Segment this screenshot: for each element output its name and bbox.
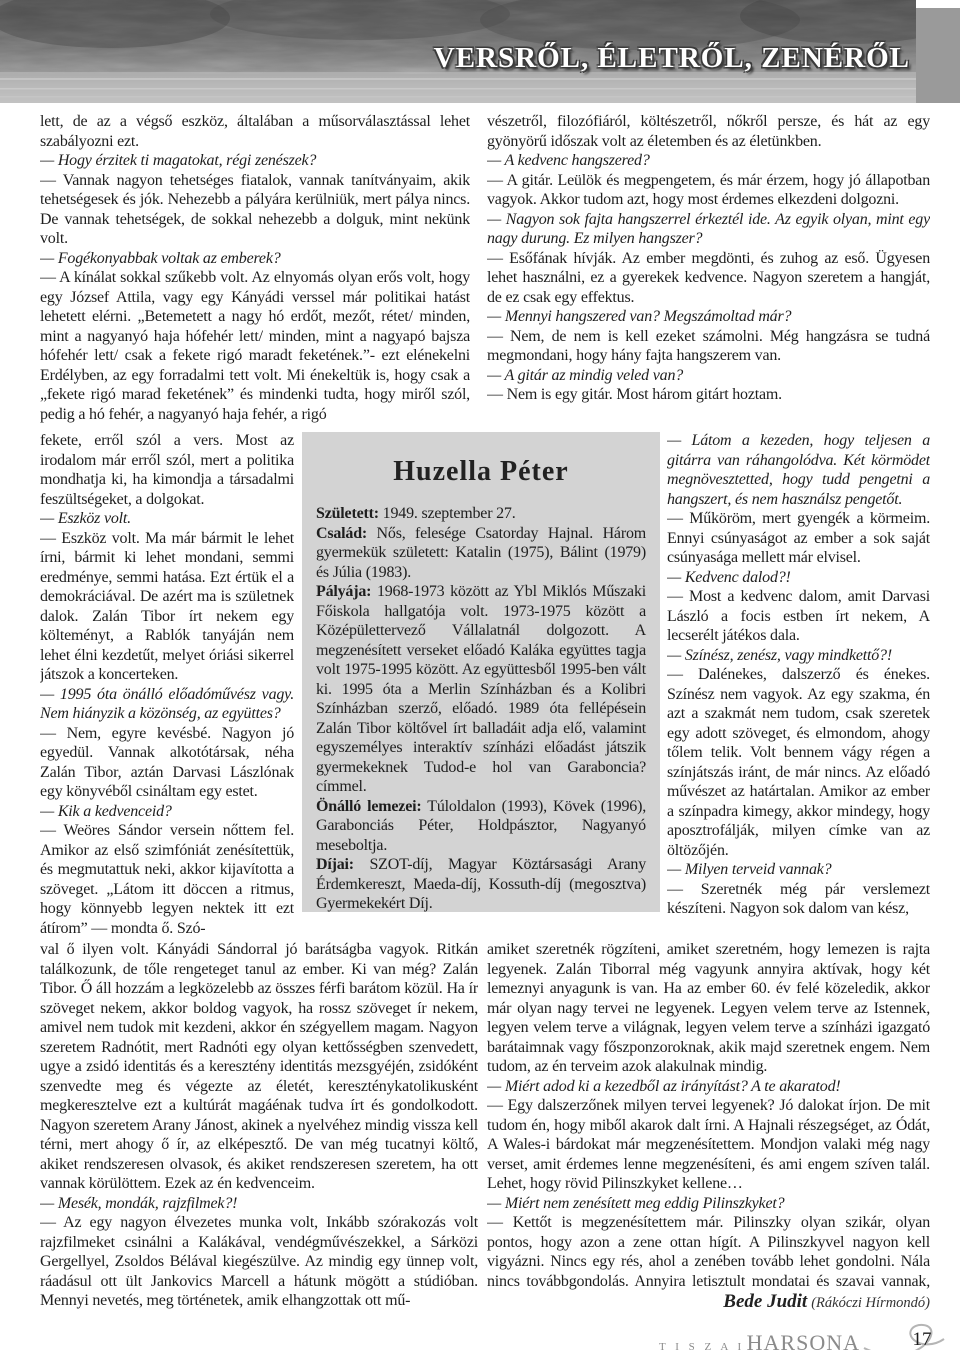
infobox-row: Pályája: 1968-1973 között az Ybl Miklós … <box>316 582 646 797</box>
question-paragraph: — 1995 óta önálló előadóművész vagy. Nem… <box>40 685 294 724</box>
infobox-row: Díjai: SZOT-díj, Magyar Köztársasági Ara… <box>316 855 646 914</box>
article-left-column-narrow: fekete, erről szól a vers. Most az iroda… <box>40 431 294 939</box>
answer-paragraph: — Az egy nagyon élvezetes munka volt, In… <box>40 1213 478 1311</box>
infobox-row: Született: 1949. szeptember 27. <box>316 504 646 524</box>
page-number: 17 <box>913 1329 932 1350</box>
answer-paragraph: — Weöres Sándor versein nőttem fel. Amik… <box>40 821 294 938</box>
answer-paragraph: — Dalénekes, dalszerző és énekes. Színés… <box>667 665 930 860</box>
answer-paragraph: — Kettőt is megzenésítettem már. Pilinsz… <box>487 1213 930 1290</box>
question-paragraph: — Mesék, mondák, rajzfilmek?! <box>40 1194 478 1214</box>
biography-infobox: Huzella Péter Született: 1949. szeptembe… <box>302 432 660 912</box>
answer-paragraph: — Vannak nagyon tehetséges fiatalok, van… <box>40 171 470 249</box>
question-paragraph: — A kedvenc hangszered? <box>487 151 930 171</box>
answer-paragraph: — Nem is egy gitár. Most három gitárt ho… <box>487 385 930 405</box>
answer-paragraph: vészetről, filozófiáról, költészetről, n… <box>487 112 930 151</box>
infobox-title: Huzella Péter <box>316 456 646 488</box>
infobox-label: Díjai: <box>316 856 354 873</box>
infobox-row: Család: Nős, felesége Csatorday Hajnal. … <box>316 524 646 583</box>
author-source: (Rákóczi Hírmondó) <box>811 1295 930 1311</box>
question-paragraph: — Hogy érzitek ti magatokat, régi zenész… <box>40 151 470 171</box>
answer-paragraph: amiket szeretnék rögzíteni, amiket szere… <box>487 940 930 1077</box>
infobox-body: Született: 1949. szeptember 27.Család: N… <box>316 504 646 914</box>
article-right-column-bottom: amiket szeretnék rögzíteni, amiket szere… <box>487 940 930 1290</box>
question-paragraph: — Mennyi hangszered van? Megszámoltad má… <box>487 307 930 327</box>
magazine-name: HARSONA <box>747 1330 860 1350</box>
answer-paragraph: — A gitár. Leülök és megpengetem, és már… <box>487 171 930 210</box>
question-paragraph: — Kik a kedvenceid? <box>40 802 294 822</box>
page-number-swoosh-icon: 17 <box>862 1318 946 1350</box>
infobox-label: Született: <box>316 505 379 522</box>
page-title: VERSRŐL, ÉLETRŐL, ZENÉRŐL <box>434 44 910 73</box>
answer-paragraph: — Most a kedvenc dalom, amit Darvasi Lás… <box>667 587 930 646</box>
question-paragraph: — Miért adod ki a kezedből az irányítást… <box>487 1077 930 1097</box>
infobox-row: Önálló lemezei: Túloldalon (1993), Kövek… <box>316 797 646 856</box>
question-paragraph: — Miért nem zenésített meg eddig Pilinsz… <box>487 1194 930 1214</box>
question-paragraph: — Kedvenc dalod?! <box>667 568 930 588</box>
author-name: Bede Judit <box>723 1291 807 1312</box>
answer-paragraph: — Egy dalszerzőnek milyen tervei legyene… <box>487 1096 930 1194</box>
question-paragraph: — Látom a kezeden, hogy teljesen a gitár… <box>667 431 930 509</box>
article-right-column-narrow: — Látom a kezeden, hogy teljesen a gitár… <box>667 431 930 941</box>
answer-paragraph: val ő ilyen volt. Kányádi Sándorral jó b… <box>40 940 478 1194</box>
answer-paragraph: — Műköröm, mert gyengék a körmeim. Ennyi… <box>667 509 930 568</box>
answer-paragraph: lett, de az a végső eszköz, általában a … <box>40 112 470 151</box>
question-paragraph: — Milyen terveid vannak? <box>667 860 930 880</box>
question-paragraph: — Eszköz volt. <box>40 509 294 529</box>
answer-paragraph: — Nem, de nem is kell ezeket számolni. M… <box>487 327 930 366</box>
answer-paragraph: — Szeretnék még pár verslemezt készíteni… <box>667 880 930 919</box>
infobox-label: Család: <box>316 525 367 542</box>
magazine-name-prefix: T I S Z A I <box>659 1341 745 1350</box>
magazine-page: VERSRŐL, ÉLETRŐL, ZENÉRŐL lett, de az a … <box>0 0 960 1350</box>
magazine-logo: T I S Z A I HARSONA 17 <box>659 1310 946 1350</box>
question-paragraph: — Nagyon sok fajta hangszerrel érkeztél … <box>487 210 930 249</box>
infobox-label: Önálló lemezei: <box>316 798 422 815</box>
question-paragraph: — A gitár az mindig veled van? <box>487 366 930 386</box>
question-paragraph: — Színész, zenész, vagy mindkettő?! <box>667 646 930 666</box>
answer-paragraph: — Nem, egyre kevésbé. Nagyon jó egyedül.… <box>40 724 294 802</box>
answer-paragraph: — A kínálat sokkal szűkebb volt. Az elny… <box>40 268 470 424</box>
question-paragraph: — Fogékonyabbak voltak az emberek? <box>40 249 470 269</box>
article-left-column-bottom: val ő ilyen volt. Kányádi Sándorral jó b… <box>40 940 478 1325</box>
header-gray-bar <box>916 8 960 103</box>
article-right-column-top: vészetről, filozófiáról, költészetről, n… <box>487 112 930 432</box>
article-left-column-top: lett, de az a végső eszköz, általában a … <box>40 112 470 432</box>
answer-paragraph: — Esőfának hívják. Az ember megdönti, és… <box>487 249 930 308</box>
answer-paragraph: fekete, erről szól a vers. Most az iroda… <box>40 431 294 509</box>
answer-paragraph: — Eszköz volt. Ma már bármit le lehet ír… <box>40 529 294 685</box>
infobox-label: Pályája: <box>316 583 371 600</box>
